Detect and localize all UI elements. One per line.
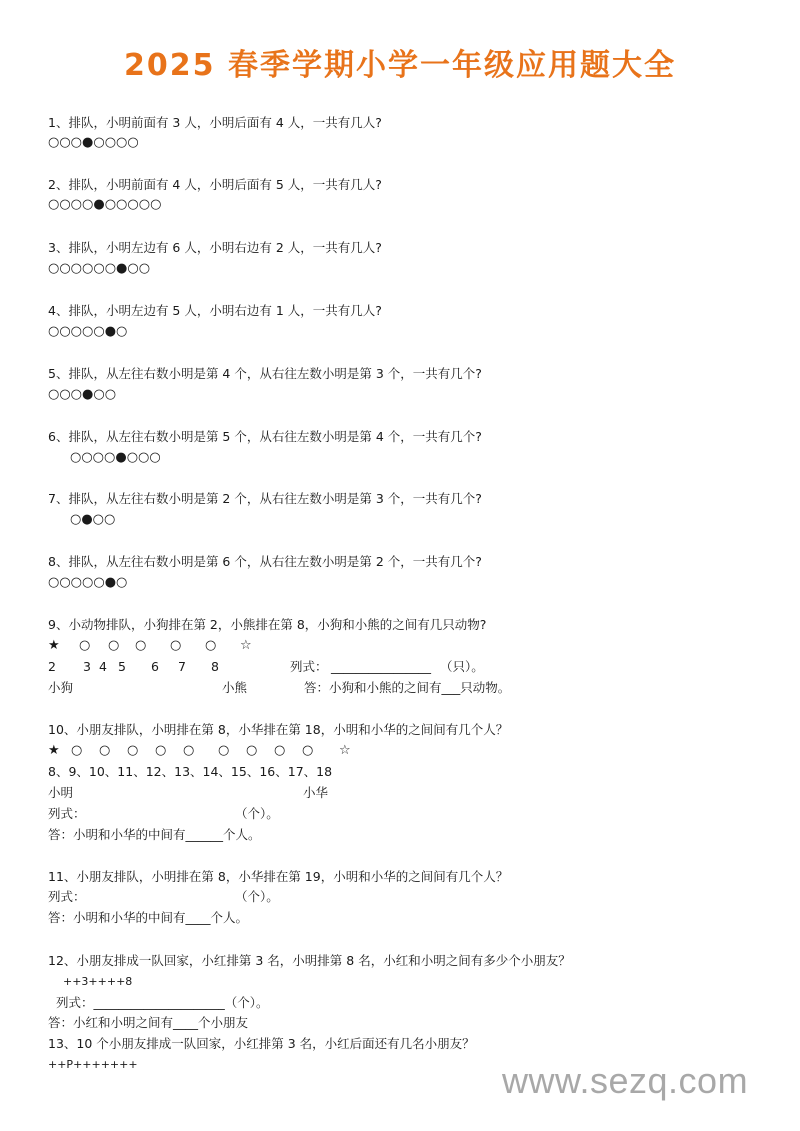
formula-label: 列式： bbox=[290, 659, 328, 675]
question-5-dots: ○○○●○○ bbox=[48, 387, 116, 403]
page-title: 2025 春季学期小学一年级应用题大全 bbox=[0, 40, 800, 84]
diagram: ++3++++8 bbox=[63, 974, 132, 990]
circle-icon: ○ bbox=[99, 743, 110, 759]
circle-icon: ○ bbox=[127, 743, 138, 759]
number-label: 4 bbox=[99, 659, 107, 675]
answer-line: 答：小红和小明之间有____个小朋友 bbox=[48, 1015, 248, 1031]
watermark: www.sezq.com bbox=[502, 1060, 748, 1102]
circle-icon: ○ bbox=[79, 638, 90, 654]
formula-unit: （只）。 bbox=[440, 659, 484, 675]
number-label: 6 bbox=[151, 659, 159, 675]
circle-icon: ○ bbox=[218, 743, 229, 759]
question-8-dots: ○○○○○●○ bbox=[48, 575, 127, 591]
answer-line: 答：小明和小华的中间有______个人。 bbox=[48, 827, 261, 843]
star-outline-icon: ☆ bbox=[339, 743, 351, 759]
question-10-text: 10、小朋友排队，小明排在第 8，小华排在第 18，小明和小华的之间间有几个人？ bbox=[48, 722, 508, 738]
question-6-dots: ○○○○●○○○ bbox=[70, 450, 161, 466]
number-label: 7 bbox=[178, 659, 186, 675]
formula-label: 列式： bbox=[48, 806, 86, 822]
formula-blank[interactable]: ________________ bbox=[331, 659, 431, 675]
question-8-text: 8、排队，从左往右数小明是第 6 个，从右往左数小明是第 2 个，一共有几个? bbox=[48, 554, 482, 570]
star-outline-icon: ☆ bbox=[240, 638, 252, 654]
circle-icon: ○ bbox=[155, 743, 166, 759]
number-sequence: 8、9、10、11、12、13、14、15、16、17、18 bbox=[48, 764, 332, 780]
question-2-text: 2、排队，小明前面有 4 人，小明后面有 5 人，一共有几人? bbox=[48, 177, 382, 193]
number-label: 8 bbox=[211, 659, 219, 675]
answer-line: 答：小狗和小熊的之间有___只动物。 bbox=[304, 680, 510, 696]
star-filled-icon: ★ bbox=[48, 638, 60, 654]
question-2-dots: ○○○○●○○○○○ bbox=[48, 197, 161, 213]
question-4-dots: ○○○○○●○ bbox=[48, 324, 127, 340]
hua-label: 小华 bbox=[303, 785, 328, 801]
question-3-text: 3、排队，小明左边有 6 人，小明右边有 2 人，一共有几人? bbox=[48, 240, 382, 256]
question-7-dots: ○●○○ bbox=[70, 512, 115, 528]
circle-icon: ○ bbox=[246, 743, 257, 759]
question-1-dots: ○○○●○○○○ bbox=[48, 135, 139, 151]
question-4-text: 4、排队，小明左边有 5 人，小明右边有 1 人，一共有几人? bbox=[48, 303, 382, 319]
ming-label: 小明 bbox=[48, 785, 73, 801]
diagram: ++P+++++++ bbox=[48, 1057, 138, 1073]
star-filled-icon: ★ bbox=[48, 743, 60, 759]
circle-icon: ○ bbox=[170, 638, 181, 654]
number-label: 2 bbox=[48, 659, 56, 675]
circle-icon: ○ bbox=[302, 743, 313, 759]
question-9-text: 9、小动物排队，小狗排在第 2，小熊排在第 8，小狗和小熊的之间有几只动物? bbox=[48, 617, 486, 633]
formula-label: 列式： bbox=[48, 889, 86, 905]
circle-icon: ○ bbox=[205, 638, 216, 654]
question-1-text: 1、排队，小明前面有 3 人，小明后面有 4 人，一共有几人? bbox=[48, 115, 382, 131]
question-6-text: 6、排队，从左往右数小明是第 5 个，从右往左数小明是第 4 个，一共有几个? bbox=[48, 429, 482, 445]
circle-icon: ○ bbox=[108, 638, 119, 654]
circle-icon: ○ bbox=[274, 743, 285, 759]
circle-icon: ○ bbox=[71, 743, 82, 759]
dog-label: 小狗 bbox=[48, 680, 73, 696]
question-11-text: 11、小朋友排队，小明排在第 8，小华排在第 19，小明和小华的之间间有几个人？ bbox=[48, 869, 508, 885]
formula-unit: （个）。 bbox=[235, 806, 279, 822]
number-label: 3 bbox=[83, 659, 91, 675]
answer-line: 答：小明和小华的中间有____个人。 bbox=[48, 910, 248, 926]
question-7-text: 7、排队，从左往右数小明是第 2 个，从右往左数小明是第 3 个，一共有几个? bbox=[48, 491, 482, 507]
circle-icon: ○ bbox=[183, 743, 194, 759]
question-5-text: 5、排队，从左往右数小明是第 4 个，从右往左数小明是第 3 个，一共有几个? bbox=[48, 366, 482, 382]
question-13-text: 13、10 个小朋友排成一队回家，小红排第 3 名，小红后面还有几名小朋友？ bbox=[48, 1036, 475, 1052]
question-12-text: 12、小朋友排成一队回家，小红排第 3 名，小明排第 8 名，小红和小明之间有多… bbox=[48, 953, 571, 969]
formula-unit: （个）。 bbox=[235, 889, 279, 905]
number-label: 5 bbox=[118, 659, 126, 675]
circle-icon: ○ bbox=[135, 638, 146, 654]
question-3-dots: ○○○○○○●○○ bbox=[48, 261, 150, 277]
bear-label: 小熊 bbox=[222, 680, 247, 696]
formula-line: 列式：_____________________（个）。 bbox=[56, 995, 269, 1011]
